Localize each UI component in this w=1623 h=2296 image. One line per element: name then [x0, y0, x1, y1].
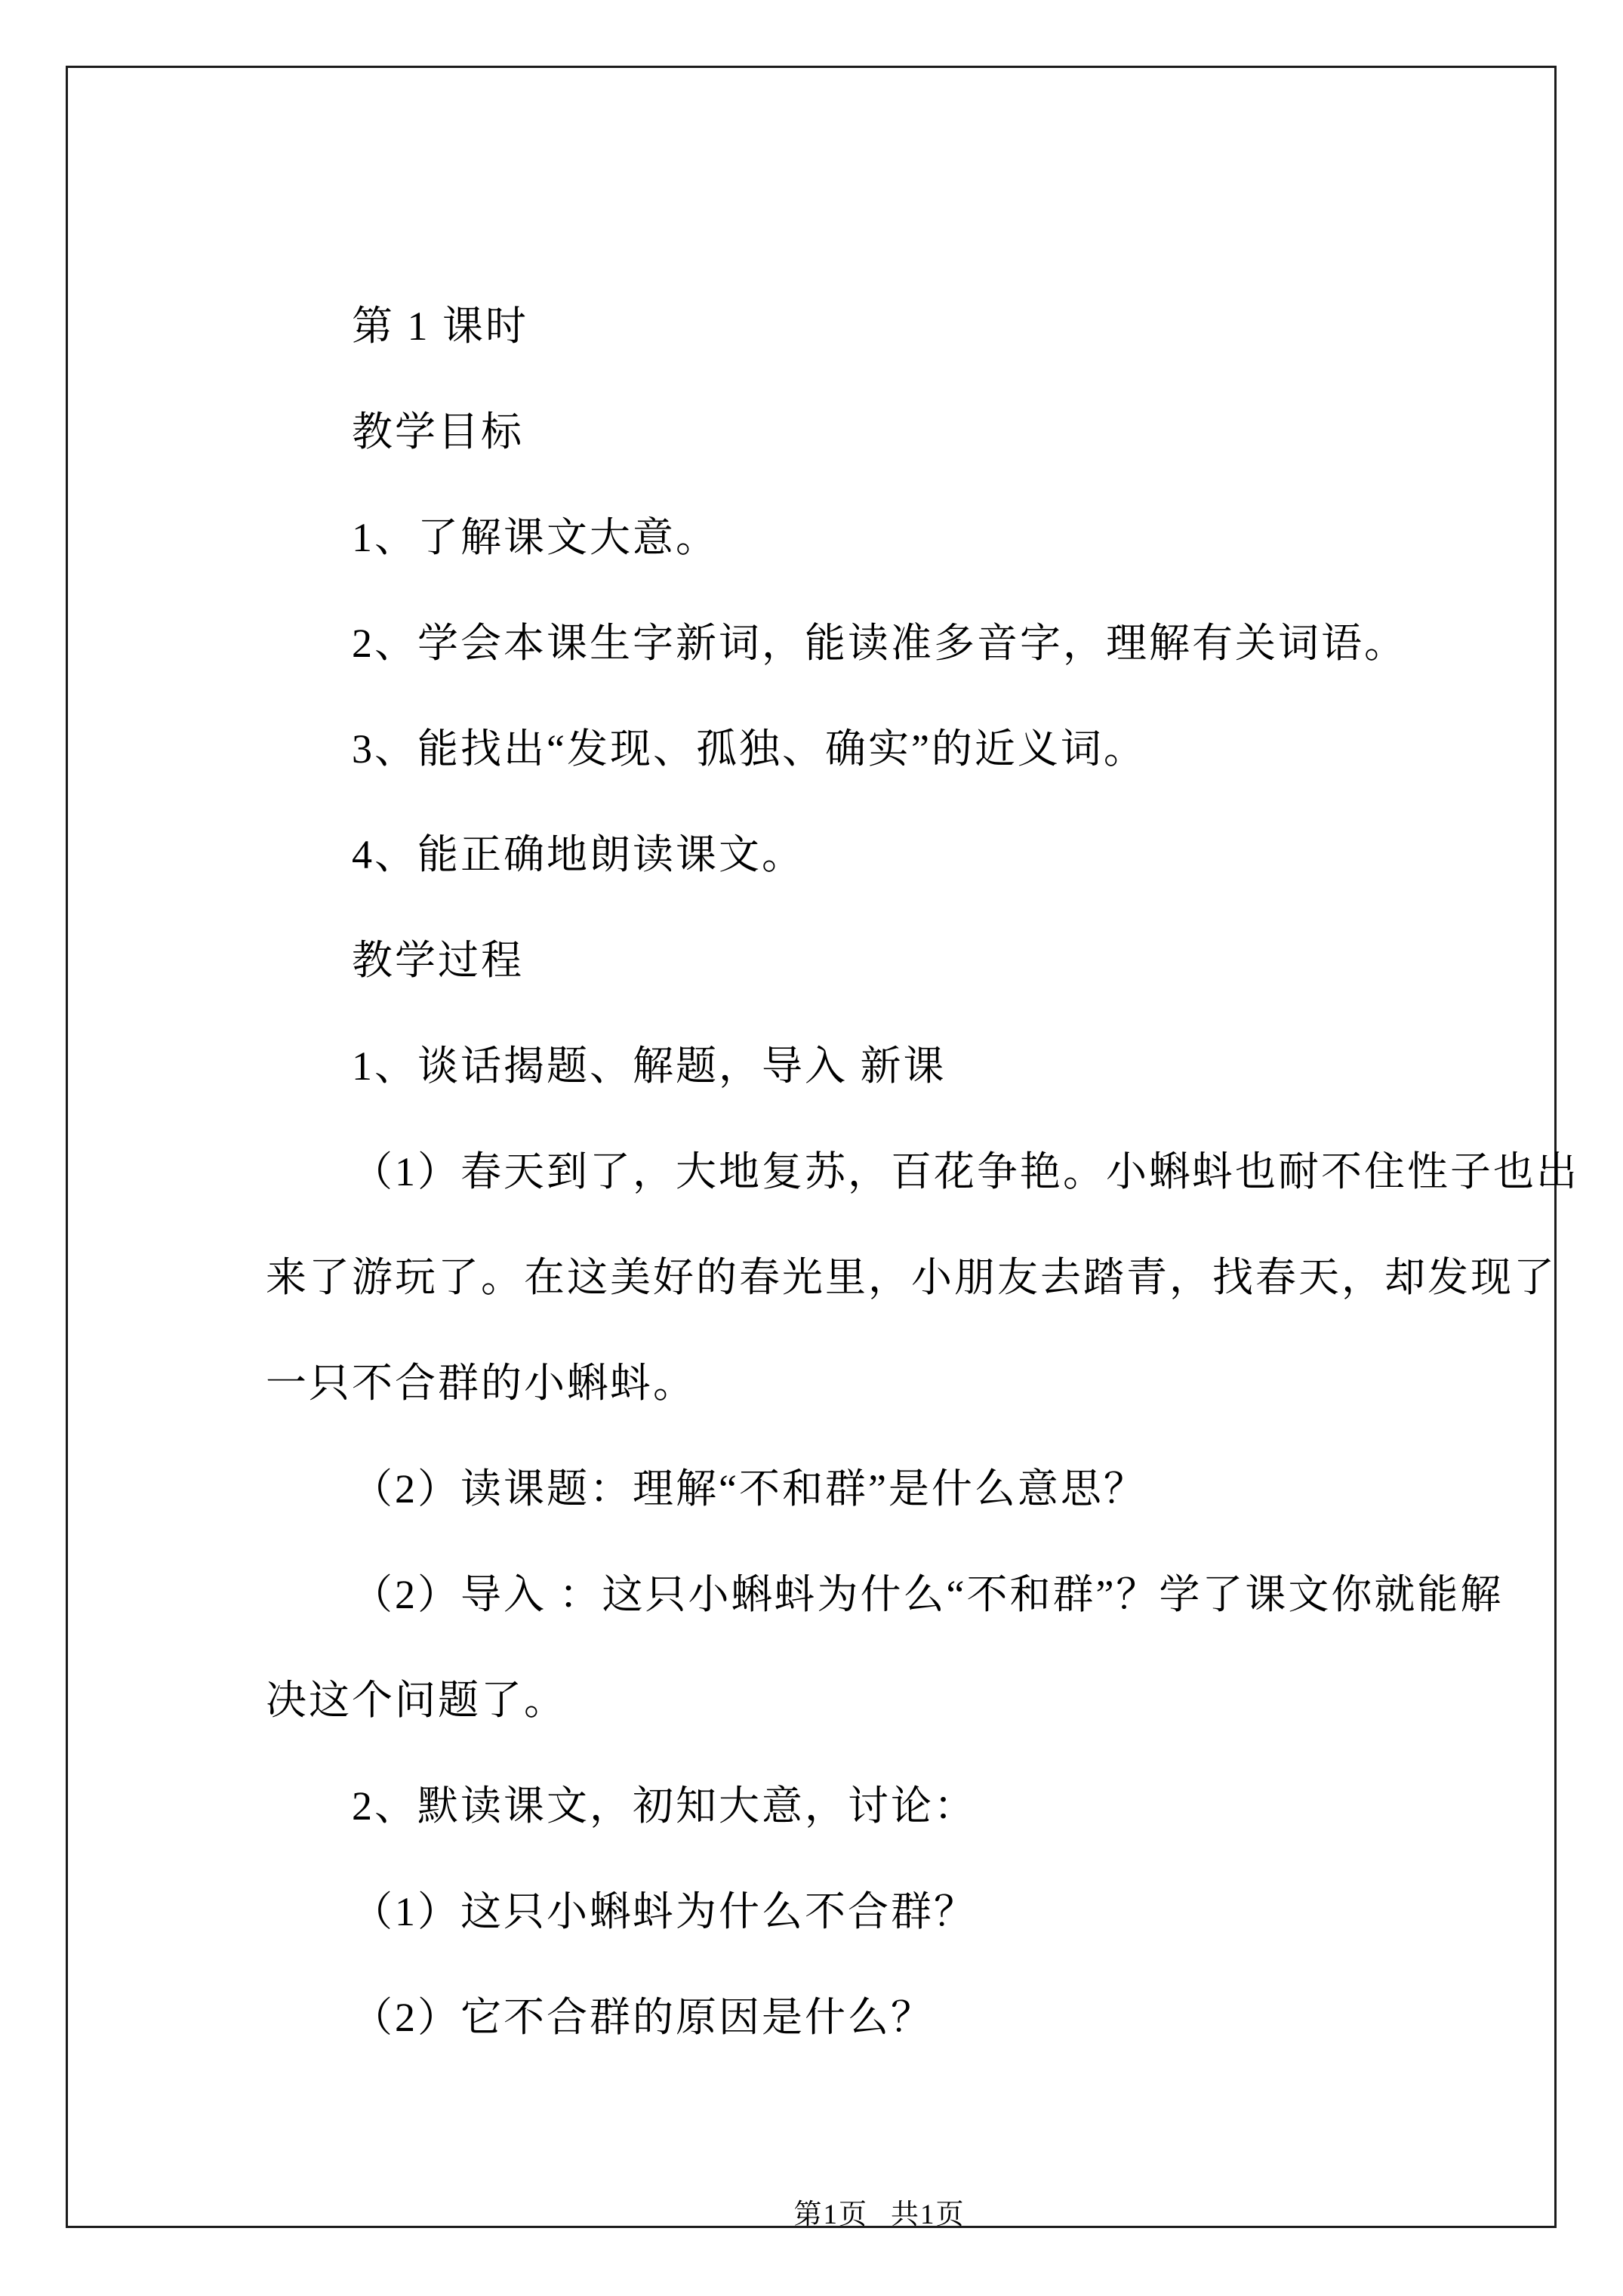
document-page: 第 1 课时教学目标1、了解课文大意。2、学会本课生字新词，能读准多音字，理解有… — [0, 0, 1623, 2296]
page-footer: 第1页 共1页 — [68, 2191, 1623, 2232]
footer-total-pages: 共1页 — [891, 2191, 965, 2232]
page-border-frame: 第 1 课时教学目标1、了解课文大意。2、学会本课生字新词，能读准多音字，理解有… — [66, 66, 1557, 2228]
text-line: 3、能找出“发现、孤独、确实”的近义词。 — [266, 692, 1579, 798]
text-line: （2）它不合群的原因是什么？ — [266, 1961, 1579, 2066]
text-line: 2、学会本课生字新词，能读准多音字，理解有关词语。 — [266, 587, 1579, 692]
text-line: （1）春天到了，大地复苏，百花争艳。小蝌蚪也耐不住性子也出 — [266, 1115, 1579, 1221]
text-line: （1）这只小蝌蚪为什么不合群？ — [266, 1855, 1579, 1961]
text-line: 1、谈话揭题、解题，导入 新课 — [266, 1009, 1579, 1115]
text-line: （2）读课题：理解“不和群”是什么意思？ — [266, 1432, 1579, 1538]
text-line: （2）导入 ：这只小蝌蚪为什么“不和群”？学了课文你就能解 — [266, 1538, 1579, 1644]
text-line: 一只不合群的小蝌蚪。 — [266, 1327, 1579, 1432]
text-line: 1、了解课文大意。 — [266, 481, 1579, 587]
text-line: 4、能正确地朗读课文。 — [266, 798, 1579, 904]
footer-page-number: 第1页 — [794, 2191, 869, 2232]
text-line: 教学目标 — [266, 375, 1579, 481]
text-line: 2、默读课文，初知大意，讨论： — [266, 1749, 1579, 1855]
text-line: 第 1 课时 — [266, 270, 1579, 375]
text-line: 教学过程 — [266, 904, 1579, 1009]
text-line: 来了游玩了。在这美好的春光里，小朋友去踏青，找春天，却发现了 — [266, 1221, 1579, 1327]
text-line: 决这个问题了。 — [266, 1644, 1579, 1749]
document-lines: 第 1 课时教学目标1、了解课文大意。2、学会本课生字新词，能读准多音字，理解有… — [266, 270, 1579, 2066]
